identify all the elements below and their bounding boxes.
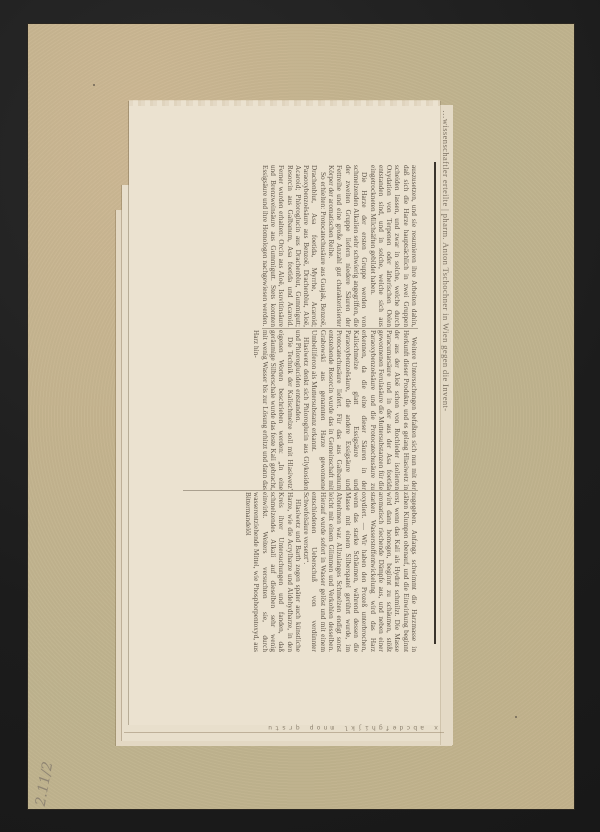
fold-line — [124, 732, 444, 733]
paper-speck — [93, 84, 95, 86]
text-column-1: auszusetzen, und sie resumieren ihre Arb… — [260, 165, 418, 327]
paragraph: Hlasiwetz und Barth zogen später auch kü… — [244, 492, 302, 652]
paragraph: So erhielten: Protocatechusäure aus Guaj… — [260, 165, 326, 327]
column-rule — [434, 162, 436, 644]
headline-text: …wissenschaftler erteilte | pharm. Anton… — [441, 110, 451, 412]
torn-edge — [129, 100, 440, 106]
paragraph: Weitere Untersuchungen befaßten sich nun… — [310, 330, 418, 490]
text-column-3: zugegeben. Anfangs schwimmt die Harzmass… — [244, 492, 418, 652]
paragraph: Die Harze der ersten Gruppe werden von s… — [327, 165, 368, 327]
bleed-through-letters: x abcdefghijkl mnop qrstu — [265, 724, 438, 732]
paragraph: zugegeben. Anfangs schwimmt die Harzmass… — [302, 492, 418, 652]
paragraph: auszusetzen, und sie resumieren ihre Arb… — [368, 165, 418, 327]
column-divider — [262, 328, 418, 329]
paper-speck — [515, 716, 517, 718]
column-divider — [183, 490, 418, 491]
text-column-2: Weitere Untersuchungen befaßten sich nun… — [252, 330, 418, 490]
paragraph: Die Technik der Kalischmelze soll mit Hl… — [252, 330, 293, 490]
paragraph: Hlasiwetz denkt sich Phloroglucin aus Gl… — [294, 330, 311, 490]
